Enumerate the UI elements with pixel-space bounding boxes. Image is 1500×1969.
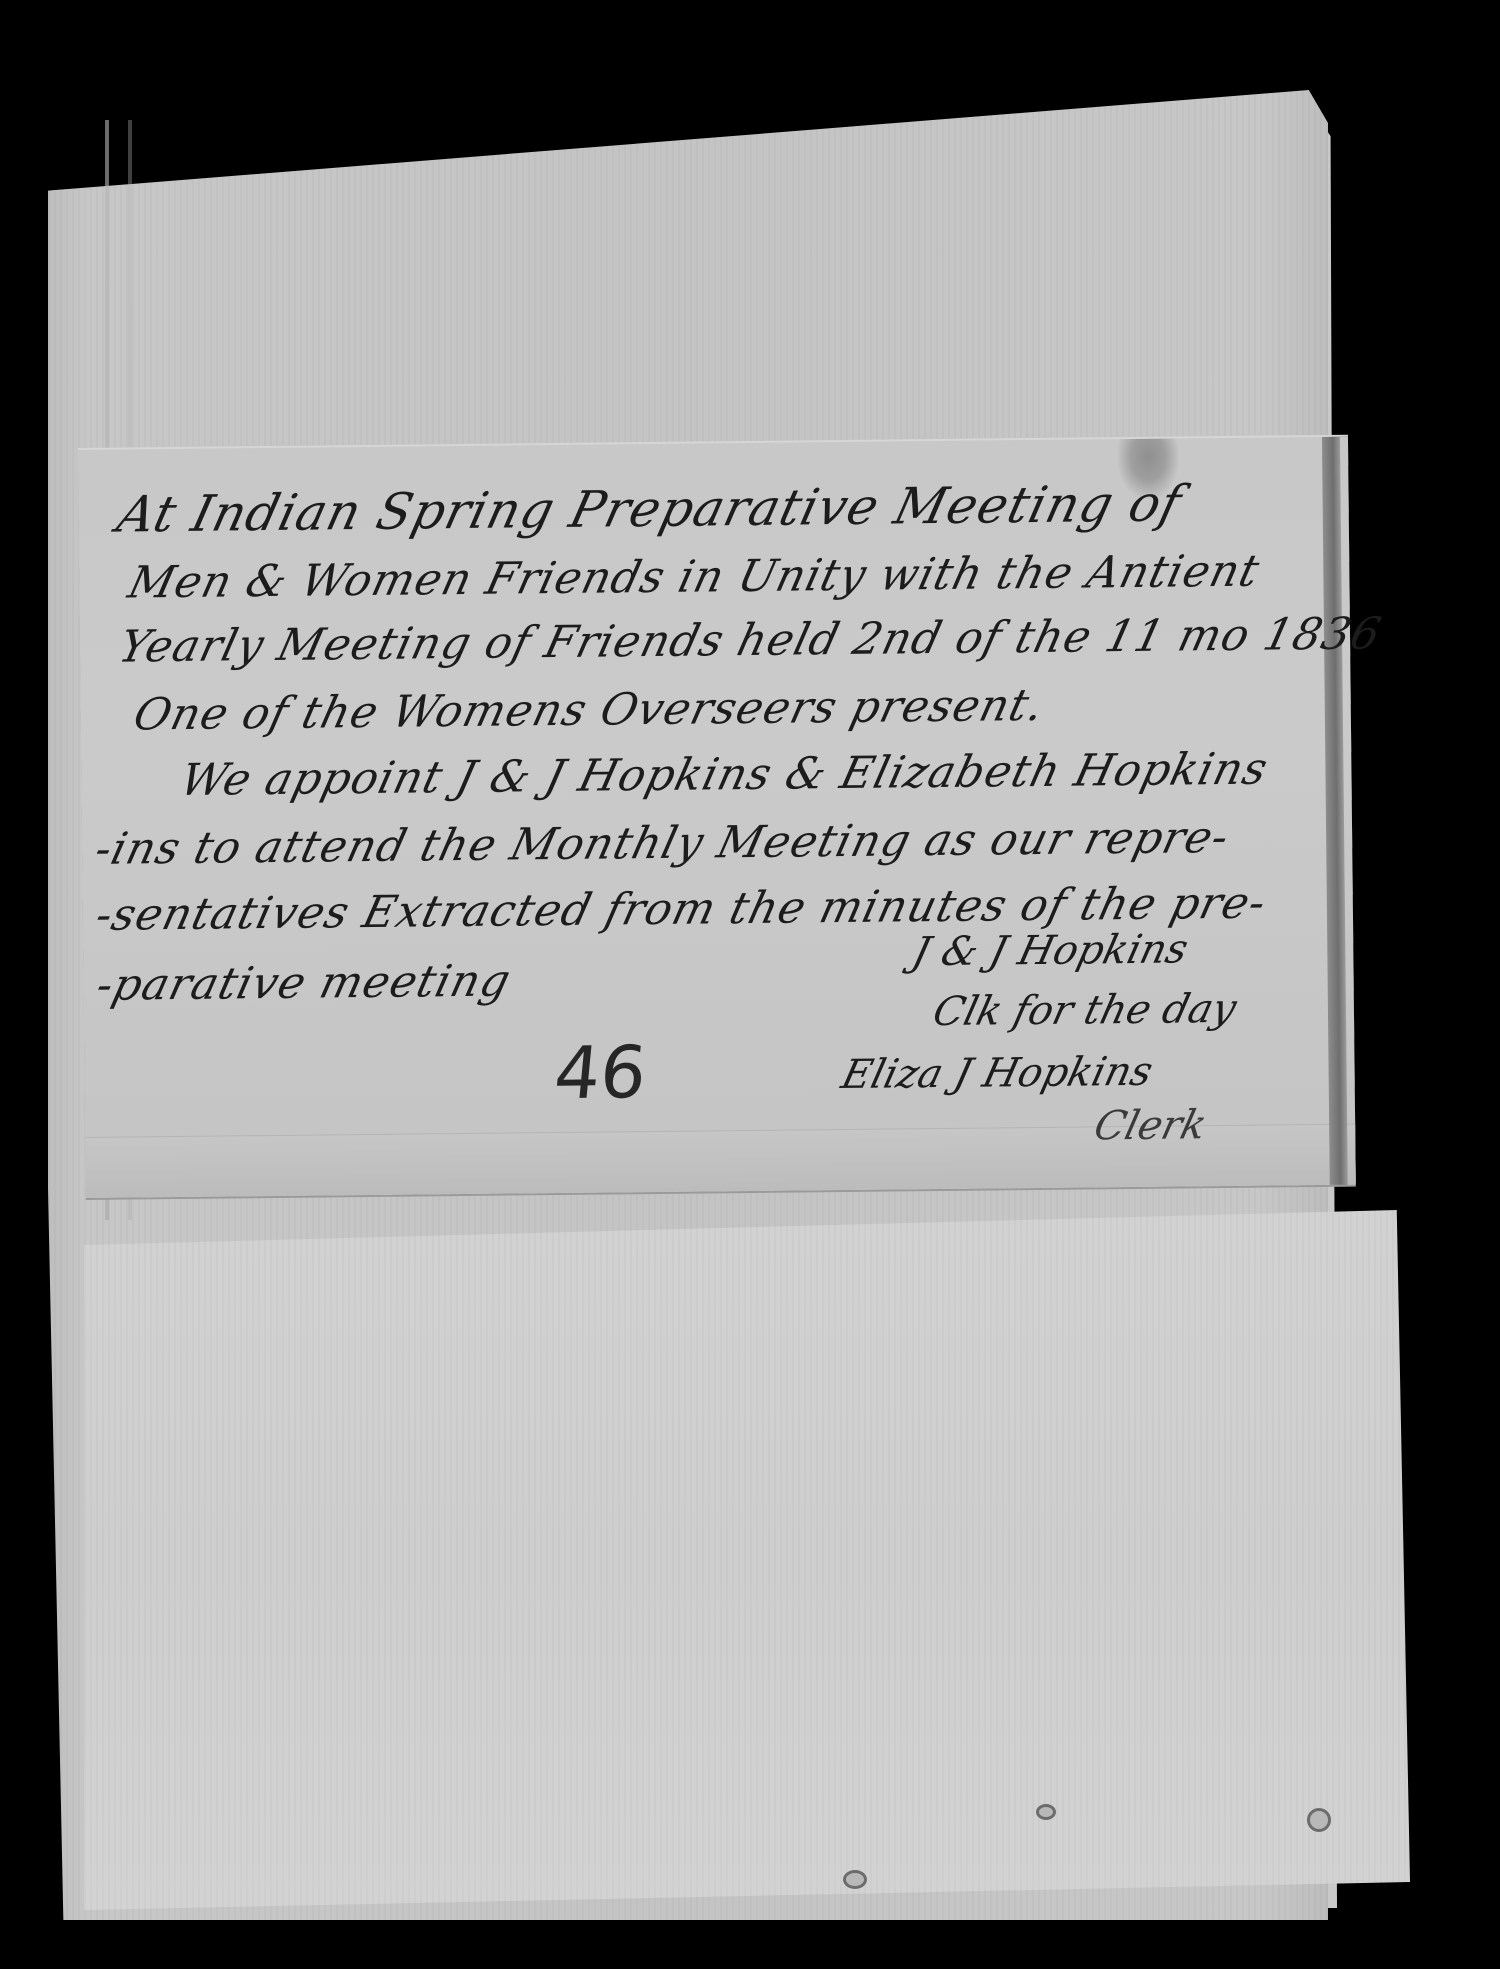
minute-line-8: -parative meeting	[92, 955, 516, 1010]
lower-folded-sheet	[84, 1210, 1410, 1910]
signature-clerk-for-day-name: J & J Hopkins	[908, 926, 1193, 975]
signature-clerk-title: Clerk	[1090, 1102, 1211, 1149]
signature-clerk-name: Eliza J Hopkins	[837, 1049, 1157, 1098]
minute-line-4: One of the Womens Overseers present.	[129, 680, 1050, 741]
minute-slip: At Indian Spring Preparative Meeting of …	[78, 435, 1356, 1198]
minute-line-3: Yearly Meeting of Friends held 2nd of th…	[114, 608, 1386, 672]
handwritten-minute: At Indian Spring Preparative Meeting of …	[78, 437, 1356, 1198]
minute-line-1: At Indian Spring Preparative Meeting of	[112, 474, 1188, 543]
minute-line-5: We appoint J & J Hopkins & Elizabeth Hop…	[175, 744, 1273, 806]
minute-line-6: -ins to attend the Monthly Meeting as ou…	[90, 812, 1234, 875]
minute-line-2: Men & Women Friends in Unity with the An…	[123, 546, 1264, 609]
paper-spot	[843, 1870, 867, 1889]
folio-number: 46	[551, 1030, 651, 1115]
signature-clerk-for-day-title: Clk for the day	[928, 986, 1240, 1035]
paper-spot	[1307, 1808, 1331, 1832]
paper-spot	[1036, 1804, 1056, 1820]
paper-grain	[84, 1210, 1410, 1910]
